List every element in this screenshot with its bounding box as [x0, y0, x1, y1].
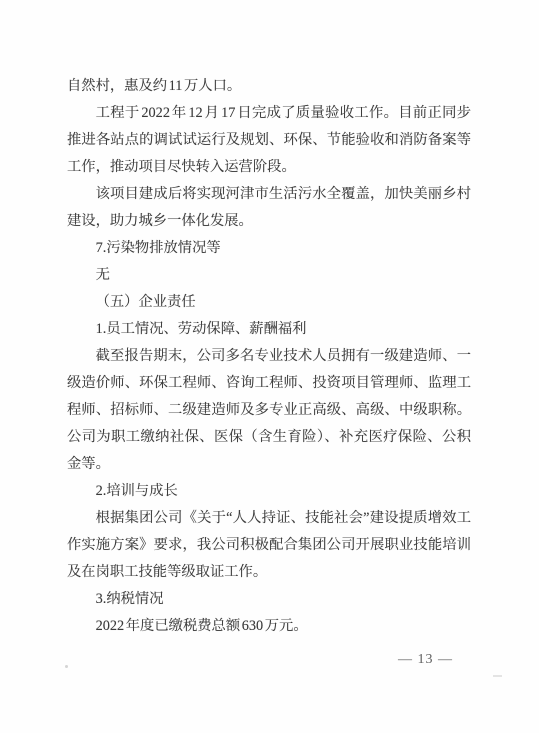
paragraph: 该项目建成后将实现河津市生活污水全覆盖，加快美丽乡村建设，助力城乡一体化发展。: [67, 181, 471, 235]
paragraph: 根据集团公司《关于“人人持证、技能社会”建设提质增效工作实施方案》要求，我公司积…: [67, 505, 471, 586]
document-body: 自然村，惠及约 11 万人口。 工程于 2022 年 12 月 17 日完成了质…: [67, 73, 471, 640]
paragraph-continuation: 自然村，惠及约 11 万人口。: [67, 73, 471, 100]
scan-speck: [65, 665, 68, 668]
section-heading-training: 2.培训与成长: [67, 478, 471, 505]
paragraph: 无: [67, 262, 471, 289]
section-heading-employees: 1.员工情况、劳动保障、薪酬福利: [67, 316, 471, 343]
section-heading-responsibility: （五）企业责任: [67, 289, 471, 316]
paragraph: 2022 年度已缴税费总额 630 万元。: [67, 613, 471, 640]
section-heading-tax: 3.纳税情况: [67, 586, 471, 613]
paragraph: 工程于 2022 年 12 月 17 日完成了质量验收工作。目前正同步推进各站点…: [67, 100, 471, 181]
scan-speck: [493, 675, 502, 677]
document-page: 自然村，惠及约 11 万人口。 工程于 2022 年 12 月 17 日完成了质…: [0, 0, 539, 733]
section-heading-pollution: 7.污染物排放情况等: [67, 235, 471, 262]
page-number: — 13 —: [67, 652, 453, 668]
paragraph: 截至报告期末，公司多名专业技术人员拥有一级建造师、一级造价师、环保工程师、咨询工…: [67, 343, 471, 478]
